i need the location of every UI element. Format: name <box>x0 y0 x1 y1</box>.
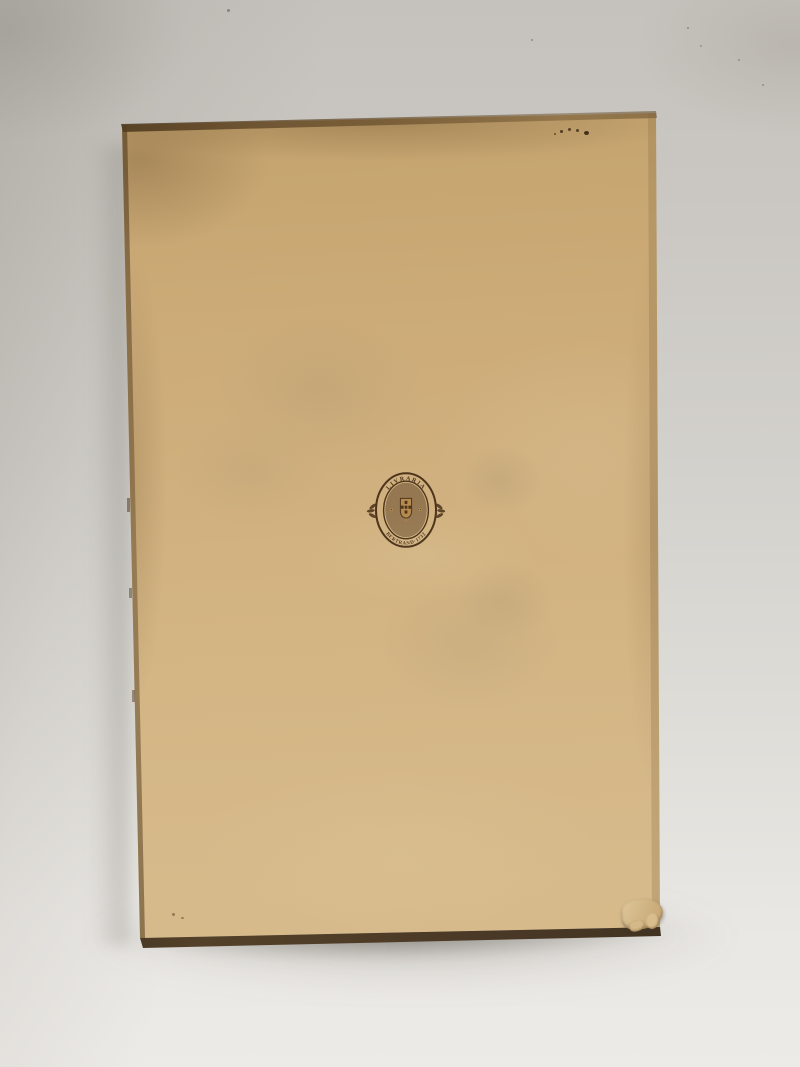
edge-wear-mark <box>127 498 130 512</box>
dust-speck <box>531 39 533 41</box>
foxing-speck <box>568 128 571 131</box>
foxing-speck <box>554 133 556 135</box>
dust-speck <box>738 59 740 61</box>
dust-speck <box>687 27 689 29</box>
dust-speck <box>762 84 764 86</box>
foxing-speck <box>576 129 579 132</box>
book-left-shadow <box>92 145 128 945</box>
dust-speck <box>227 9 230 12</box>
foxing-speck <box>181 917 184 919</box>
bertrand-publisher-stamp-icon: LIVRARIA BERTRAND·1732 <box>366 468 446 552</box>
foxing-speck <box>560 130 563 133</box>
dust-speck <box>700 45 702 47</box>
foxing-speck <box>584 131 589 135</box>
stamp-coat-of-arms <box>385 483 427 537</box>
foxing-speck <box>172 913 175 916</box>
photo-scene: LIVRARIA BERTRAND·1732 <box>0 0 800 1067</box>
edge-wear-mark <box>132 690 135 702</box>
edge-wear-mark <box>129 588 132 598</box>
